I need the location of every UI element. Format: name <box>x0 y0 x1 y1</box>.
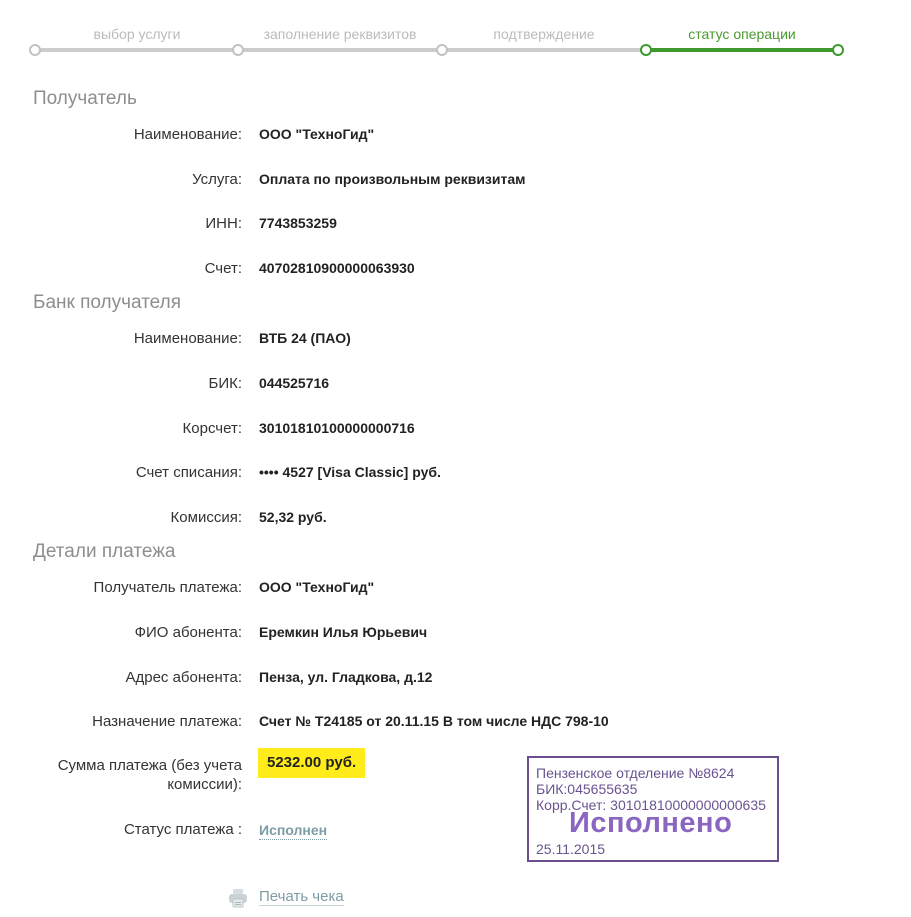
step-dot-3 <box>436 44 448 56</box>
print-receipt-label[interactable]: Печать чека <box>259 888 344 906</box>
step-fill-details: заполнение реквизитов <box>264 26 417 42</box>
field-label: Счет: <box>205 259 242 278</box>
field-label: ИНН: <box>205 214 242 233</box>
field-label: Адрес абонента: <box>125 668 242 687</box>
amount-label-line2: комиссии): <box>167 775 242 794</box>
step-dot-4 <box>640 44 652 56</box>
section-title-details: Детали платежа <box>33 541 175 563</box>
step-line-3 <box>442 48 646 52</box>
stamp-branch: Пензенское отделение №8624 <box>536 765 777 781</box>
field-value: Счет № Т24185 от 20.11.15 В том числе НД… <box>259 712 609 731</box>
field-value: Пенза, ул. Гладкова, д.12 <box>259 668 432 687</box>
field-value: ООО "ТехноГид" <box>259 578 374 597</box>
step-dot-1 <box>29 44 41 56</box>
section-title-recipient: Получатель <box>33 88 137 110</box>
field-label: Корсчет: <box>183 419 242 438</box>
amount-label-line1: Сумма платежа (без учета <box>58 756 242 775</box>
field-value: 40702810900000063930 <box>259 259 415 278</box>
section-title-bank: Банк получателя <box>33 292 181 314</box>
field-label: Статус платежа : <box>124 820 242 839</box>
field-value: ООО "ТехноГид" <box>259 125 374 144</box>
step-select-service: выбор услуги <box>94 26 181 42</box>
step-line-1 <box>36 48 238 52</box>
stamp-executed-word: Исполнено <box>569 815 732 831</box>
step-operation-status: статус операции <box>688 26 795 42</box>
field-label: Счет списания: <box>136 463 242 482</box>
field-label: Получатель платежа: <box>94 578 242 597</box>
field-value: •••• 4527 [Visa Classic] руб. <box>259 463 441 482</box>
field-value: 044525716 <box>259 374 329 393</box>
field-label: ФИО абонента: <box>135 623 242 642</box>
field-label: Наименование: <box>134 329 242 348</box>
step-dot-end <box>832 44 844 56</box>
field-value: 7743853259 <box>259 214 337 233</box>
step-confirmation: подтверждение <box>493 26 594 42</box>
amount-value: 5232.00 руб. <box>258 748 365 778</box>
step-dot-2 <box>232 44 244 56</box>
status-link[interactable]: Исполнен <box>259 822 327 840</box>
field-value: Еремкин Илья Юрьевич <box>259 623 427 642</box>
field-value: 30101810100000000716 <box>259 419 415 438</box>
field-label: Комиссия: <box>171 508 242 527</box>
step-line-2 <box>238 48 442 52</box>
printer-icon <box>228 888 248 908</box>
progress-stepper: выбор услуги заполнение реквизитов подтв… <box>0 0 911 70</box>
field-value: 52,32 руб. <box>259 508 327 527</box>
field-label: Наименование: <box>134 125 242 144</box>
field-value: ВТБ 24 (ПАО) <box>259 329 351 348</box>
step-line-4 <box>646 48 838 52</box>
bank-stamp: Пензенское отделение №8624 БИК:045655635… <box>527 756 779 862</box>
field-value: Оплата по произвольным реквизитам <box>259 170 526 189</box>
field-label: Назначение платежа: <box>92 712 242 731</box>
field-label: БИК: <box>208 374 242 393</box>
stamp-date: 25.11.2015 <box>536 841 605 857</box>
field-label: Услуга: <box>192 170 242 189</box>
stamp-bik: БИК:045655635 <box>536 781 777 797</box>
